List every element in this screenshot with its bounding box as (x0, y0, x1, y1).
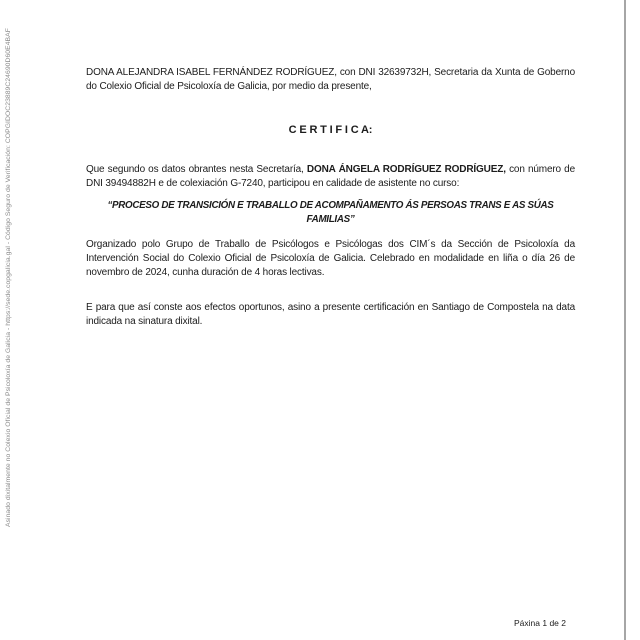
certifica-heading: C E R T I F I C A: (86, 123, 575, 137)
certificate-page: Asinado dixitalmente no Colexio Oficial … (0, 0, 640, 640)
digital-signature-verification-note: Asinado dixitalmente no Colexio Oficial … (5, 28, 12, 527)
certificate-body: DONA ALEJANDRA ISABEL FERNÁNDEZ RODRÍGUE… (86, 66, 575, 329)
closing-paragraph: E para que así conste aos efectos oportu… (86, 301, 575, 329)
organizer-paragraph: Organizado polo Grupo de Traballo de Psi… (86, 238, 575, 280)
attendee-name: DONA ÁNGELA RODRÍGUEZ RODRÍGUEZ, (307, 164, 506, 175)
page-edge-divider (624, 0, 626, 640)
page-number: Páxina 1 de 2 (514, 618, 566, 628)
intro-paragraph: DONA ALEJANDRA ISABEL FERNÁNDEZ RODRÍGUE… (86, 66, 575, 94)
attendee-paragraph: Que segundo os datos obrantes nesta Secr… (86, 163, 575, 191)
course-title: “PROCESO DE TRANSICIÓN E TRABALLO DE ACO… (86, 199, 575, 227)
attendee-text-before: Que segundo os datos obrantes nesta Secr… (86, 164, 307, 175)
